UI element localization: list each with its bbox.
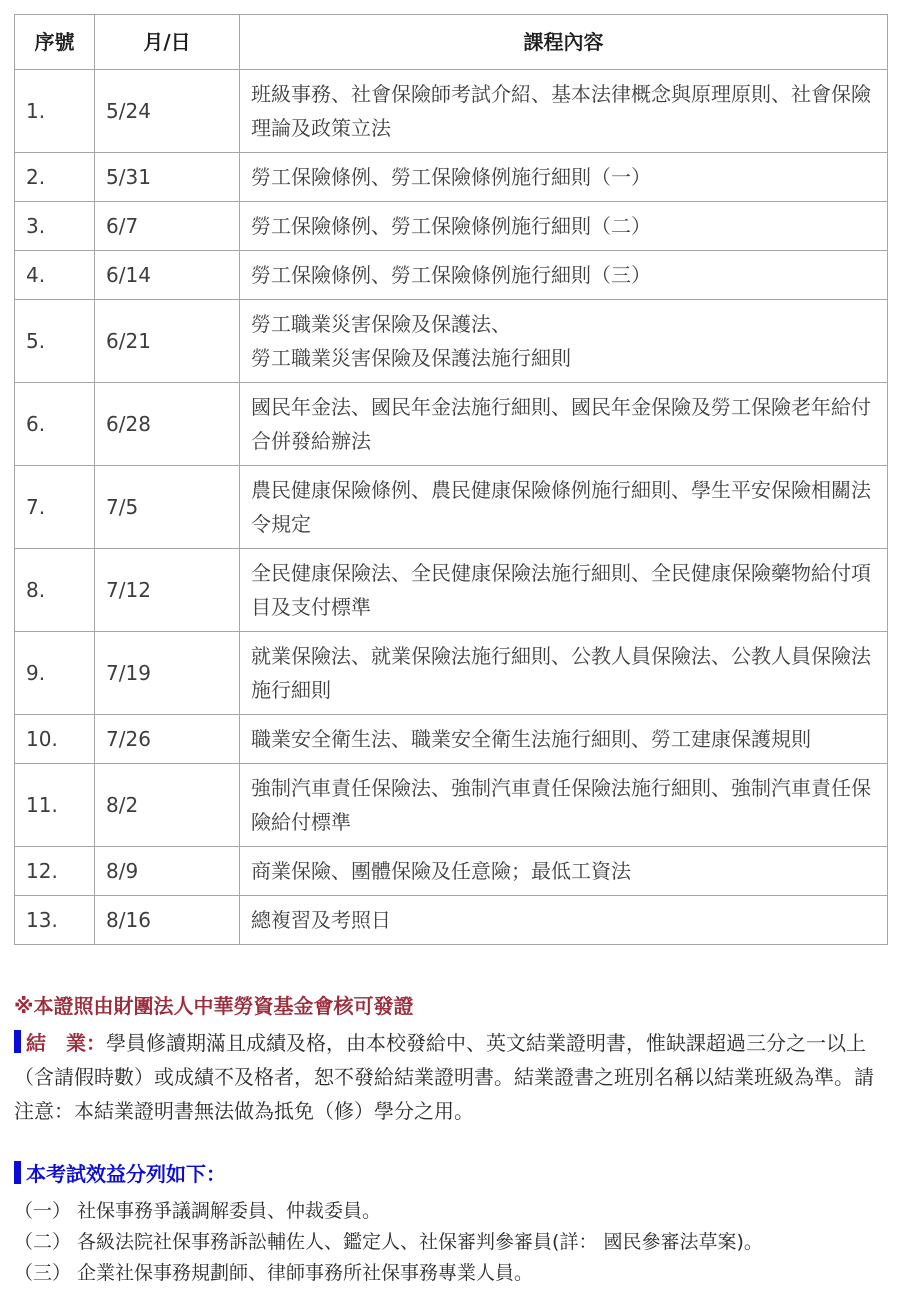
course-schedule-page: 序號 月/日 課程內容 1.5/24班級事務、社會保險師考試介紹、基本法律概念與…	[0, 0, 900, 1309]
row-number-cell: 12.	[15, 847, 95, 896]
benefit-item: （三） 企業社保事務規劃師、律師事務所社保事務專業人員。	[14, 1258, 887, 1289]
row-date-cell: 7/19	[95, 632, 240, 715]
row-number-cell: 1.	[15, 70, 95, 153]
table-row: 2.5/31勞工保險條例、勞工保險條例施行細則（一）	[15, 153, 888, 202]
row-date-cell: 6/14	[95, 251, 240, 300]
row-content-cell: 勞工保險條例、勞工保險條例施行細則（一）	[240, 153, 888, 202]
header-course-content: 課程內容	[240, 15, 888, 70]
row-date-cell: 6/28	[95, 383, 240, 466]
row-date-cell: 7/12	[95, 549, 240, 632]
certification-note: ※本證照由財團法人中華勞資基金會核可發證	[14, 993, 887, 1019]
benefits-heading: 本考試效益分列如下：	[14, 1160, 887, 1188]
table-header-row: 序號 月/日 課程內容	[15, 15, 888, 70]
row-content-cell: 全民健康保險法、全民健康保險法施行細則、全民健康保險藥物給付項目及支付標準	[240, 549, 888, 632]
row-date-cell: 7/26	[95, 715, 240, 764]
blue-marker-bar-icon	[14, 1161, 21, 1184]
row-number-cell: 13.	[15, 896, 95, 945]
row-number-cell: 4.	[15, 251, 95, 300]
row-content-cell: 強制汽車責任保險法、強制汽車責任保險法施行細則、強制汽車責任保險給付標準	[240, 764, 888, 847]
benefits-heading-text: 本考試效益分列如下：	[26, 1162, 226, 1186]
row-number-cell: 7.	[15, 466, 95, 549]
row-date-cell: 6/7	[95, 202, 240, 251]
table-row: 4.6/14勞工保險條例、勞工保險條例施行細則（三）	[15, 251, 888, 300]
table-row: 7.7/5農民健康保險條例、農民健康保險條例施行細則、學生平安保險相關法令規定	[15, 466, 888, 549]
completion-text: 學員修讀期滿且成績及格，由本校發給中、英文結業證明書，惟缺課超過三分之一以上（含…	[14, 1031, 874, 1123]
table-row: 3.6/7勞工保險條例、勞工保險條例施行細則（二）	[15, 202, 888, 251]
completion-label: 結 業：	[26, 1031, 106, 1055]
notes-section: ※本證照由財團法人中華勞資基金會核可發證 結 業：學員修讀期滿且成績及格，由本校…	[14, 993, 887, 1289]
blue-marker-bar-icon	[14, 1030, 21, 1053]
row-content-cell: 總複習及考照日	[240, 896, 888, 945]
row-content-cell: 勞工職業災害保險及保護法、 勞工職業災害保險及保護法施行細則	[240, 300, 888, 383]
row-date-cell: 8/2	[95, 764, 240, 847]
table-row: 8.7/12全民健康保險法、全民健康保險法施行細則、全民健康保險藥物給付項目及支…	[15, 549, 888, 632]
row-number-cell: 11.	[15, 764, 95, 847]
benefit-item: （一） 社保事務爭議調解委員、仲裁委員。	[14, 1196, 887, 1227]
row-content-cell: 職業安全衛生法、職業安全衛生法施行細則、勞工建康保護規則	[240, 715, 888, 764]
row-number-cell: 6.	[15, 383, 95, 466]
row-content-cell: 農民健康保險條例、農民健康保險條例施行細則、學生平安保險相關法令規定	[240, 466, 888, 549]
benefit-list: （一） 社保事務爭議調解委員、仲裁委員。（二） 各級法院社保事務訴訟輔佐人、鑑定…	[14, 1196, 887, 1289]
table-row: 11.8/2強制汽車責任保險法、強制汽車責任保險法施行細則、強制汽車責任保險給付…	[15, 764, 888, 847]
row-date-cell: 8/9	[95, 847, 240, 896]
benefit-item: （二） 各級法院社保事務訴訟輔佐人、鑑定人、社保審判參審員(詳： 國民參審法草案…	[14, 1227, 887, 1258]
row-date-cell: 7/5	[95, 466, 240, 549]
table-row: 1.5/24班級事務、社會保險師考試介紹、基本法律概念與原理原則、社會保險理論及…	[15, 70, 888, 153]
row-date-cell: 6/21	[95, 300, 240, 383]
header-date: 月/日	[95, 15, 240, 70]
header-serial-number: 序號	[15, 15, 95, 70]
table-row: 12.8/9商業保險、團體保險及任意險；最低工資法	[15, 847, 888, 896]
table-row: 10.7/26職業安全衛生法、職業安全衛生法施行細則、勞工建康保護規則	[15, 715, 888, 764]
row-content-cell: 商業保險、團體保險及任意險；最低工資法	[240, 847, 888, 896]
row-content-cell: 勞工保險條例、勞工保險條例施行細則（三）	[240, 251, 888, 300]
row-number-cell: 2.	[15, 153, 95, 202]
row-number-cell: 9.	[15, 632, 95, 715]
table-row: 6.6/28國民年金法、國民年金法施行細則、國民年金保險及勞工保險老年給付合併發…	[15, 383, 888, 466]
row-date-cell: 5/24	[95, 70, 240, 153]
row-content-cell: 班級事務、社會保險師考試介紹、基本法律概念與原理原則、社會保險理論及政策立法	[240, 70, 888, 153]
row-date-cell: 8/16	[95, 896, 240, 945]
row-number-cell: 5.	[15, 300, 95, 383]
table-row: 13.8/16總複習及考照日	[15, 896, 888, 945]
row-number-cell: 8.	[15, 549, 95, 632]
row-content-cell: 國民年金法、國民年金法施行細則、國民年金保險及勞工保險老年給付合併發給辦法	[240, 383, 888, 466]
row-content-cell: 勞工保險條例、勞工保險條例施行細則（二）	[240, 202, 888, 251]
row-number-cell: 10.	[15, 715, 95, 764]
row-date-cell: 5/31	[95, 153, 240, 202]
table-row: 9.7/19就業保險法、就業保險法施行細則、公教人員保險法、公教人員保險法施行細…	[15, 632, 888, 715]
table-row: 5.6/21勞工職業災害保險及保護法、 勞工職業災害保險及保護法施行細則	[15, 300, 888, 383]
row-content-cell: 就業保險法、就業保險法施行細則、公教人員保險法、公教人員保險法施行細則	[240, 632, 888, 715]
row-number-cell: 3.	[15, 202, 95, 251]
schedule-table-body: 1.5/24班級事務、社會保險師考試介紹、基本法律概念與原理原則、社會保險理論及…	[15, 70, 888, 945]
completion-paragraph: 結 業：學員修讀期滿且成績及格，由本校發給中、英文結業證明書，惟缺課超過三分之一…	[14, 1026, 887, 1128]
course-schedule-table: 序號 月/日 課程內容 1.5/24班級事務、社會保險師考試介紹、基本法律概念與…	[14, 14, 888, 945]
